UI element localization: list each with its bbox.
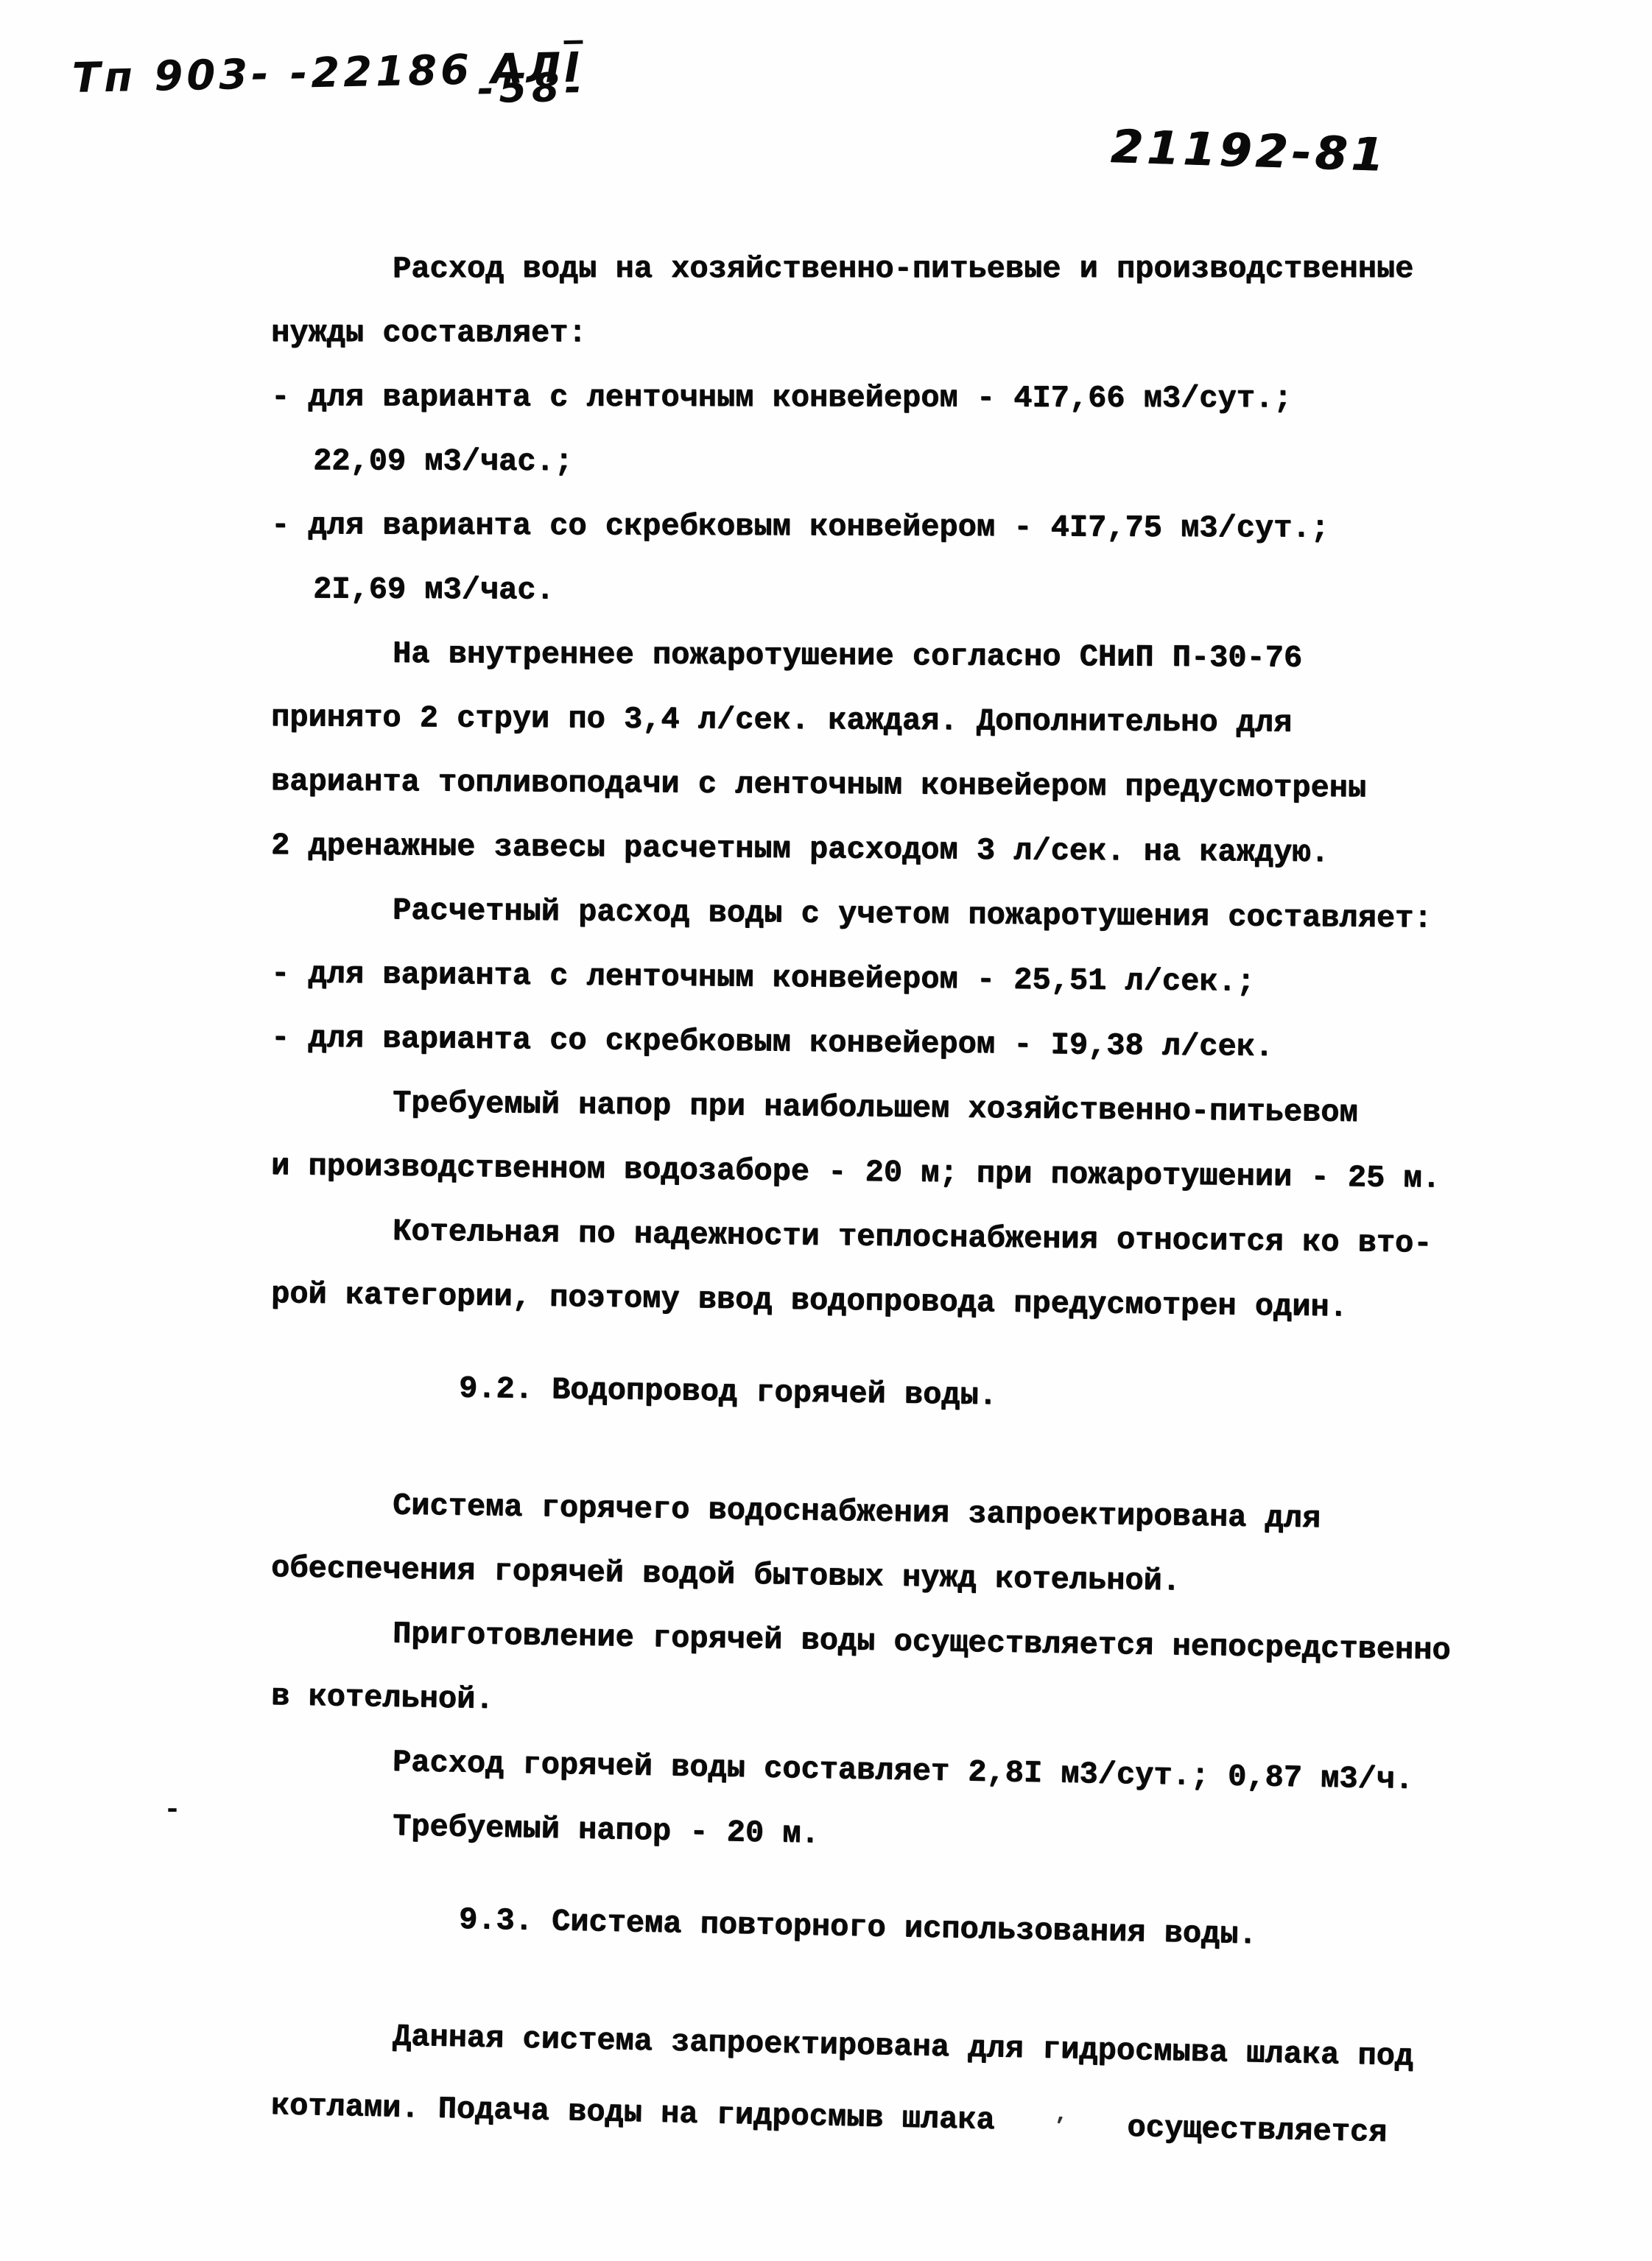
line-text: - для варианта со скребковым конвейером …	[271, 1020, 1273, 1065]
text-line: нужды составляет:	[271, 301, 1538, 366]
text-line: - для варианта с ленточным конвейером - …	[271, 365, 1538, 432]
scanned-document-page: Тп 903- -22186 АЛI -58- 21192-81 - Расхо…	[0, 0, 1652, 2261]
section-heading: 9.3. Система повторного использования во…	[270, 1885, 1538, 1972]
line-text-after-gap: осуществляется	[1127, 2096, 1388, 2165]
text-line: На внутреннее пожаротушение согласно СНи…	[271, 622, 1538, 692]
line-text: котлами. Подача воды на гидросмыв шлака	[270, 2088, 995, 2138]
line-text: Приготовление горячей воды осуществляетс…	[393, 1617, 1451, 1669]
typed-text-block: Расход воды на хозяйственно-питьевые и п…	[271, 237, 1538, 2131]
gap-stray-mark: ,	[1055, 2103, 1067, 2125]
page-number: -58-	[477, 64, 586, 113]
text-line: 2 дренажные завесы расчетным расходом 3 …	[271, 814, 1539, 887]
line-text: Расход горячей воды составляет 2,8I м3/с…	[393, 1745, 1414, 1798]
text-line: - для варианта со скребковым конвейером …	[271, 1006, 1539, 1082]
line-text: и производственном водозаборе - 20 м; пр…	[271, 1148, 1441, 1196]
typing-gap: ,	[994, 2081, 1128, 2156]
margin-stray-mark: -	[164, 1794, 181, 1827]
line-text: 9.3. Система повторного использования во…	[459, 1902, 1257, 1952]
section-heading: 9.2. Водопровод горячей воды.	[270, 1354, 1538, 1435]
line-text: 22,09 м3/час.;	[313, 443, 573, 479]
line-text: Расход воды на хозяйственно-питьевые и п…	[393, 251, 1413, 286]
line-text: - для варианта с ленточным конвейером - …	[271, 956, 1255, 1000]
line-text: - для варианта с ленточным конвейером - …	[271, 379, 1292, 416]
text-line: 2I,69 м3/час.	[271, 558, 1538, 627]
line-text: варианта топливоподачи с ленточным конве…	[271, 764, 1366, 806]
line-text: 2 дренажные завесы расчетным расходом 3 …	[271, 828, 1329, 871]
line-text: Данная система запроектирована для гидро…	[393, 2019, 1414, 2074]
line-text: 2I,69 м3/час.	[313, 572, 555, 608]
line-text: Требуемый напор при наибольшем хозяйстве…	[393, 1086, 1358, 1130]
text-line: - для варианта с ленточным конвейером - …	[271, 942, 1539, 1017]
text-line: 22,09 м3/час.;	[271, 429, 1538, 496]
line-text: принято 2 струи по 3,4 л/сек. каждая. До…	[271, 700, 1292, 741]
line-text: Котельная по надежности теплоснабжения о…	[393, 1214, 1433, 1262]
text-line: - для варианта со скребковым конвейером …	[271, 493, 1538, 561]
text-line: принято 2 струи по 3,4 л/сек. каждая. До…	[271, 686, 1538, 756]
registration-stamp: 21192-81	[1110, 119, 1388, 182]
line-text: в котельной.	[271, 1678, 494, 1717]
line-text: нужды составляет:	[271, 315, 587, 351]
line-text: 9.2. Водопровод горячей воды.	[459, 1371, 997, 1413]
line-text: - для варианта со скребковым конвейером …	[271, 507, 1329, 546]
line-text: Требуемый напор - 20 м.	[393, 1809, 820, 1852]
line-text: Расчетный расход воды с учетом пожаротуш…	[393, 893, 1433, 936]
text-line: варианта топливоподачи с ленточным конве…	[271, 750, 1539, 822]
line-text: Система горячего водоснабжения запроекти…	[393, 1488, 1321, 1536]
text-line: Расход воды на хозяйственно-питьевые и п…	[271, 237, 1538, 301]
text-line: Расчетный расход воды с учетом пожаротуш…	[271, 878, 1539, 952]
line-text: рой категории, поэтому ввод водопровода …	[271, 1276, 1348, 1325]
line-text: На внутреннее пожаротушение согласно СНи…	[393, 636, 1302, 676]
line-text: обеспечения горячей водой бытовых нужд к…	[271, 1550, 1181, 1599]
